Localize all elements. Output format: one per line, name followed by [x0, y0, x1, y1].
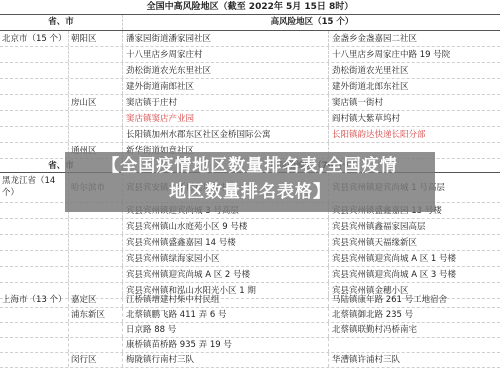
table-row: 日京路 88 号北蔡镇联勤村冯桥南宅 — [0, 323, 500, 338]
area-cell: 宾县宾州镇迎宾尚城 A 区 3 号楼 — [328, 267, 500, 282]
table-row: 浦东新区北蔡镇鹏飞路 411 弄 6 号北蔡镇御北路 235 号 — [0, 308, 500, 323]
province-cell — [0, 143, 68, 158]
area-cell: 宾县宾州镇盛鑫嘉园 14 号楼 — [122, 235, 328, 250]
province-cell: 北京市（15 个） — [0, 31, 68, 46]
area-cell: 窦店镇窦店产业园 — [122, 111, 328, 126]
table-row: 宾县宾州镇绿海家园小区宾县宾州镇迎宾尚城 A 区 1 号楼 — [0, 251, 500, 267]
district-cell: 房山区 — [68, 95, 122, 110]
district-cell: 浦东新区 — [68, 308, 122, 322]
province-cell — [0, 323, 68, 337]
province-cell — [0, 251, 68, 266]
province-cell — [0, 308, 68, 322]
area-cell: 康桥镇苗桥路 935 弄 19 号 — [122, 338, 328, 352]
area-cell: 宾县宾州镇鑫福家园高层 — [328, 219, 500, 234]
area-cell: 宾县宾州镇迎宾尚城 A 区 2 号楼 — [122, 267, 328, 282]
district-cell — [68, 338, 122, 352]
table-row: 宾县宾州镇盛鑫嘉园 14 号楼宾县宾州镇天福缘新区 — [0, 235, 500, 251]
area-cell: 潘家园街道潘家园社区 — [122, 31, 328, 46]
sheet-title: 全国中高风险地区（截至 2022年 5月 15日 8时） — [0, 0, 500, 15]
area-cell: 建外街道北郎东社区 — [328, 79, 500, 94]
header-province-city: 省、市 — [0, 15, 122, 30]
district-cell — [68, 235, 122, 250]
province-cell — [0, 235, 68, 250]
table-row: 北京市（15 个）朝阳区潘家园街道潘家园社区金盏乡金盏嘉园二社区 — [0, 31, 500, 47]
district-cell: 嘉定区 — [68, 293, 122, 307]
area-cell: 江桥镇增建村柴中村民组 — [122, 293, 328, 307]
area-cell: 北蔡镇鹏飞路 411 弄 6 号 — [122, 308, 328, 322]
district-cell — [68, 111, 122, 126]
header-high-risk: 高风险地区（15 个） — [122, 15, 500, 30]
header-row: 省、市 高风险地区（15 个） — [0, 15, 500, 31]
area-cell: 宾县宾州镇山水庭苑小区 9 号楼 — [122, 219, 328, 234]
province-cell — [0, 338, 68, 352]
province-cell — [0, 219, 68, 234]
area-cell — [328, 338, 500, 352]
table-row: 房山区窦店镇于庄村窦店镇一街村 — [0, 95, 500, 111]
area-cell: 宾县宾州镇天福缘新区 — [328, 235, 500, 250]
table-row: 长阳镇加州水郡东区社区金桥国际公寓长阳镇韵达快递长阳分部 — [0, 127, 500, 143]
area-cell: 窦店镇于庄村 — [122, 95, 328, 110]
province-cell — [0, 127, 68, 142]
province-cell — [0, 95, 68, 110]
table-row: 建外街道南郎社区建外街道北郎东社区 — [0, 79, 500, 95]
table-row: 十八里店乡周家庄村十八里店乡周家庄中路 19 号院 — [0, 47, 500, 63]
area-cell: 宾县宾州镇迎宾尚城 A 区 1 号楼 — [328, 251, 500, 266]
table-row: 窦店镇窦店产业园阎村镇大紫草坞村 — [0, 111, 500, 127]
district-cell — [68, 219, 122, 234]
area-cell: 窦店镇一街村 — [328, 95, 500, 110]
table-row: 上海市（13 个）嘉定区江桥镇增建村柴中村民组马陆镇康年路 261 号工地宿舍 — [0, 293, 500, 308]
district-cell — [68, 47, 122, 62]
area-cell: 建外街道南郎社区 — [122, 79, 328, 94]
table-row: 康桥镇苗桥路 935 弄 19 号 — [0, 338, 500, 353]
table-row: 宾县宾州镇迎宾尚城 A 区 2 号楼宾县宾州镇迎宾尚城 A 区 3 号楼 — [0, 267, 500, 283]
area-cell: 十八里店乡周家庄中路 19 号院 — [328, 47, 500, 62]
area-cell: 华漕镇许浦村三队 — [328, 353, 500, 367]
area-cell: 宾县宾州镇绿海家园小区 — [122, 251, 328, 266]
district-cell — [68, 267, 122, 282]
province-cell — [0, 111, 68, 126]
province-cell — [0, 267, 68, 282]
province-cell — [0, 79, 68, 94]
province-cell: 黑龙江省（14 个） — [0, 173, 68, 202]
table-row: 闵行区梅陇镇行南村三队华漕镇许浦村三队 — [0, 353, 500, 368]
caption-line-1: 【全国疫情地区数量排名表,全国疫情 — [65, 153, 435, 179]
district-cell — [68, 63, 122, 78]
area-cell: 梅陇镇行南村三队 — [122, 353, 328, 367]
district-cell — [68, 79, 122, 94]
province-cell — [0, 353, 68, 367]
province-cell — [0, 63, 68, 78]
area-cell: 马陆镇康年路 261 号工地宿舍 — [328, 293, 500, 307]
area-cell: 北蔡镇联勤村冯桥南宅 — [328, 323, 500, 337]
area-cell: 长阳镇加州水郡东区社区金桥国际公寓 — [122, 127, 328, 142]
province-cell: 上海市（13 个） — [0, 293, 68, 307]
caption-text: 【全国疫情地区数量排名表,全国疫情 地区数量排名表格】 — [65, 153, 435, 205]
district-cell — [68, 251, 122, 266]
district-cell: 朝阳区 — [68, 31, 122, 46]
area-cell: 劲松街道农光东里社区 — [122, 63, 328, 78]
area-cell: 日京路 88 号 — [122, 323, 328, 337]
province-cell — [0, 47, 68, 62]
area-cell: 北蔡镇御北路 235 号 — [328, 308, 500, 322]
table-row: 宾县宾州镇山水庭苑小区 9 号楼宾县宾州镇鑫福家园高层 — [0, 219, 500, 235]
district-cell — [68, 127, 122, 142]
area-cell: 十八里店乡周家庄村 — [122, 47, 328, 62]
province-cell — [0, 203, 68, 218]
area-cell: 长阳镇韵达快递长阳分部 — [328, 127, 500, 142]
area-cell: 金盏乡金盏嘉园二社区 — [328, 31, 500, 46]
table-row: 劲松街道农光东里社区劲松街道农光里社区 — [0, 63, 500, 79]
area-cell: 劲松街道农光里社区 — [328, 63, 500, 78]
area-cell: 阎村镇大紫草坞村 — [328, 111, 500, 126]
district-cell: 闵行区 — [68, 353, 122, 367]
district-cell — [68, 323, 122, 337]
caption-line-2: 地区数量排名表格】 — [65, 179, 435, 205]
